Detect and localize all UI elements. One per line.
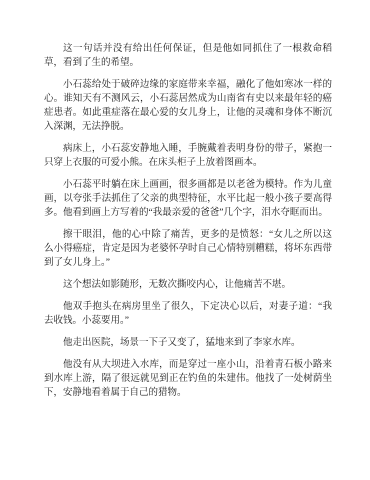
paragraph: 他双手抱头在病房里坐了很久，下定决心以后，对妻子道：“我去收钱。小蕊要用。” bbox=[44, 300, 332, 328]
paragraph: 他没有从大坝进入水库，而是穿过一座小山，沿着青石板小路来到水库上游，隔了很远就见… bbox=[44, 358, 332, 400]
book-page: 这一句话并没有给出任何保证，但是他如同抓住了一根救命稻草，看到了生的希望。小石蕊… bbox=[0, 0, 370, 480]
paragraph: 这个想法如影随形，无数次撕咬内心，让他痛苦不堪。 bbox=[44, 278, 332, 292]
paragraph: 小石蕊平时躺在床上画画，很多画都是以老爸为模特。作为儿童画，以夸张手法抓住了父亲… bbox=[44, 178, 332, 220]
paragraph: 病床上，小石蕊安静地入睡，手腕戴着表明身份的带子，紧抱一只穿上衣服的可爱小熊。在… bbox=[44, 142, 332, 170]
paragraph: 他走出医院，场景一下子又变了，猛地来到了李家水库。 bbox=[44, 336, 332, 350]
paragraph: 这一句话并没有给出任何保证，但是他如同抓住了一根救命稻草，看到了生的希望。 bbox=[44, 42, 332, 70]
paragraph: 擦干眼泪，他的心中除了痛苦，更多的是愤怒：“女儿之所以这么小得癌症，肯定是因为老… bbox=[44, 228, 332, 270]
paragraph: 小石蕊给处于破碎边缘的家庭带来幸福，融化了他如寒冰一样的心。谁知天有不测风云，小… bbox=[44, 78, 332, 134]
page-text-area: 这一句话并没有给出任何保证，但是他如同抓住了一根救命稻草，看到了生的希望。小石蕊… bbox=[44, 42, 332, 400]
